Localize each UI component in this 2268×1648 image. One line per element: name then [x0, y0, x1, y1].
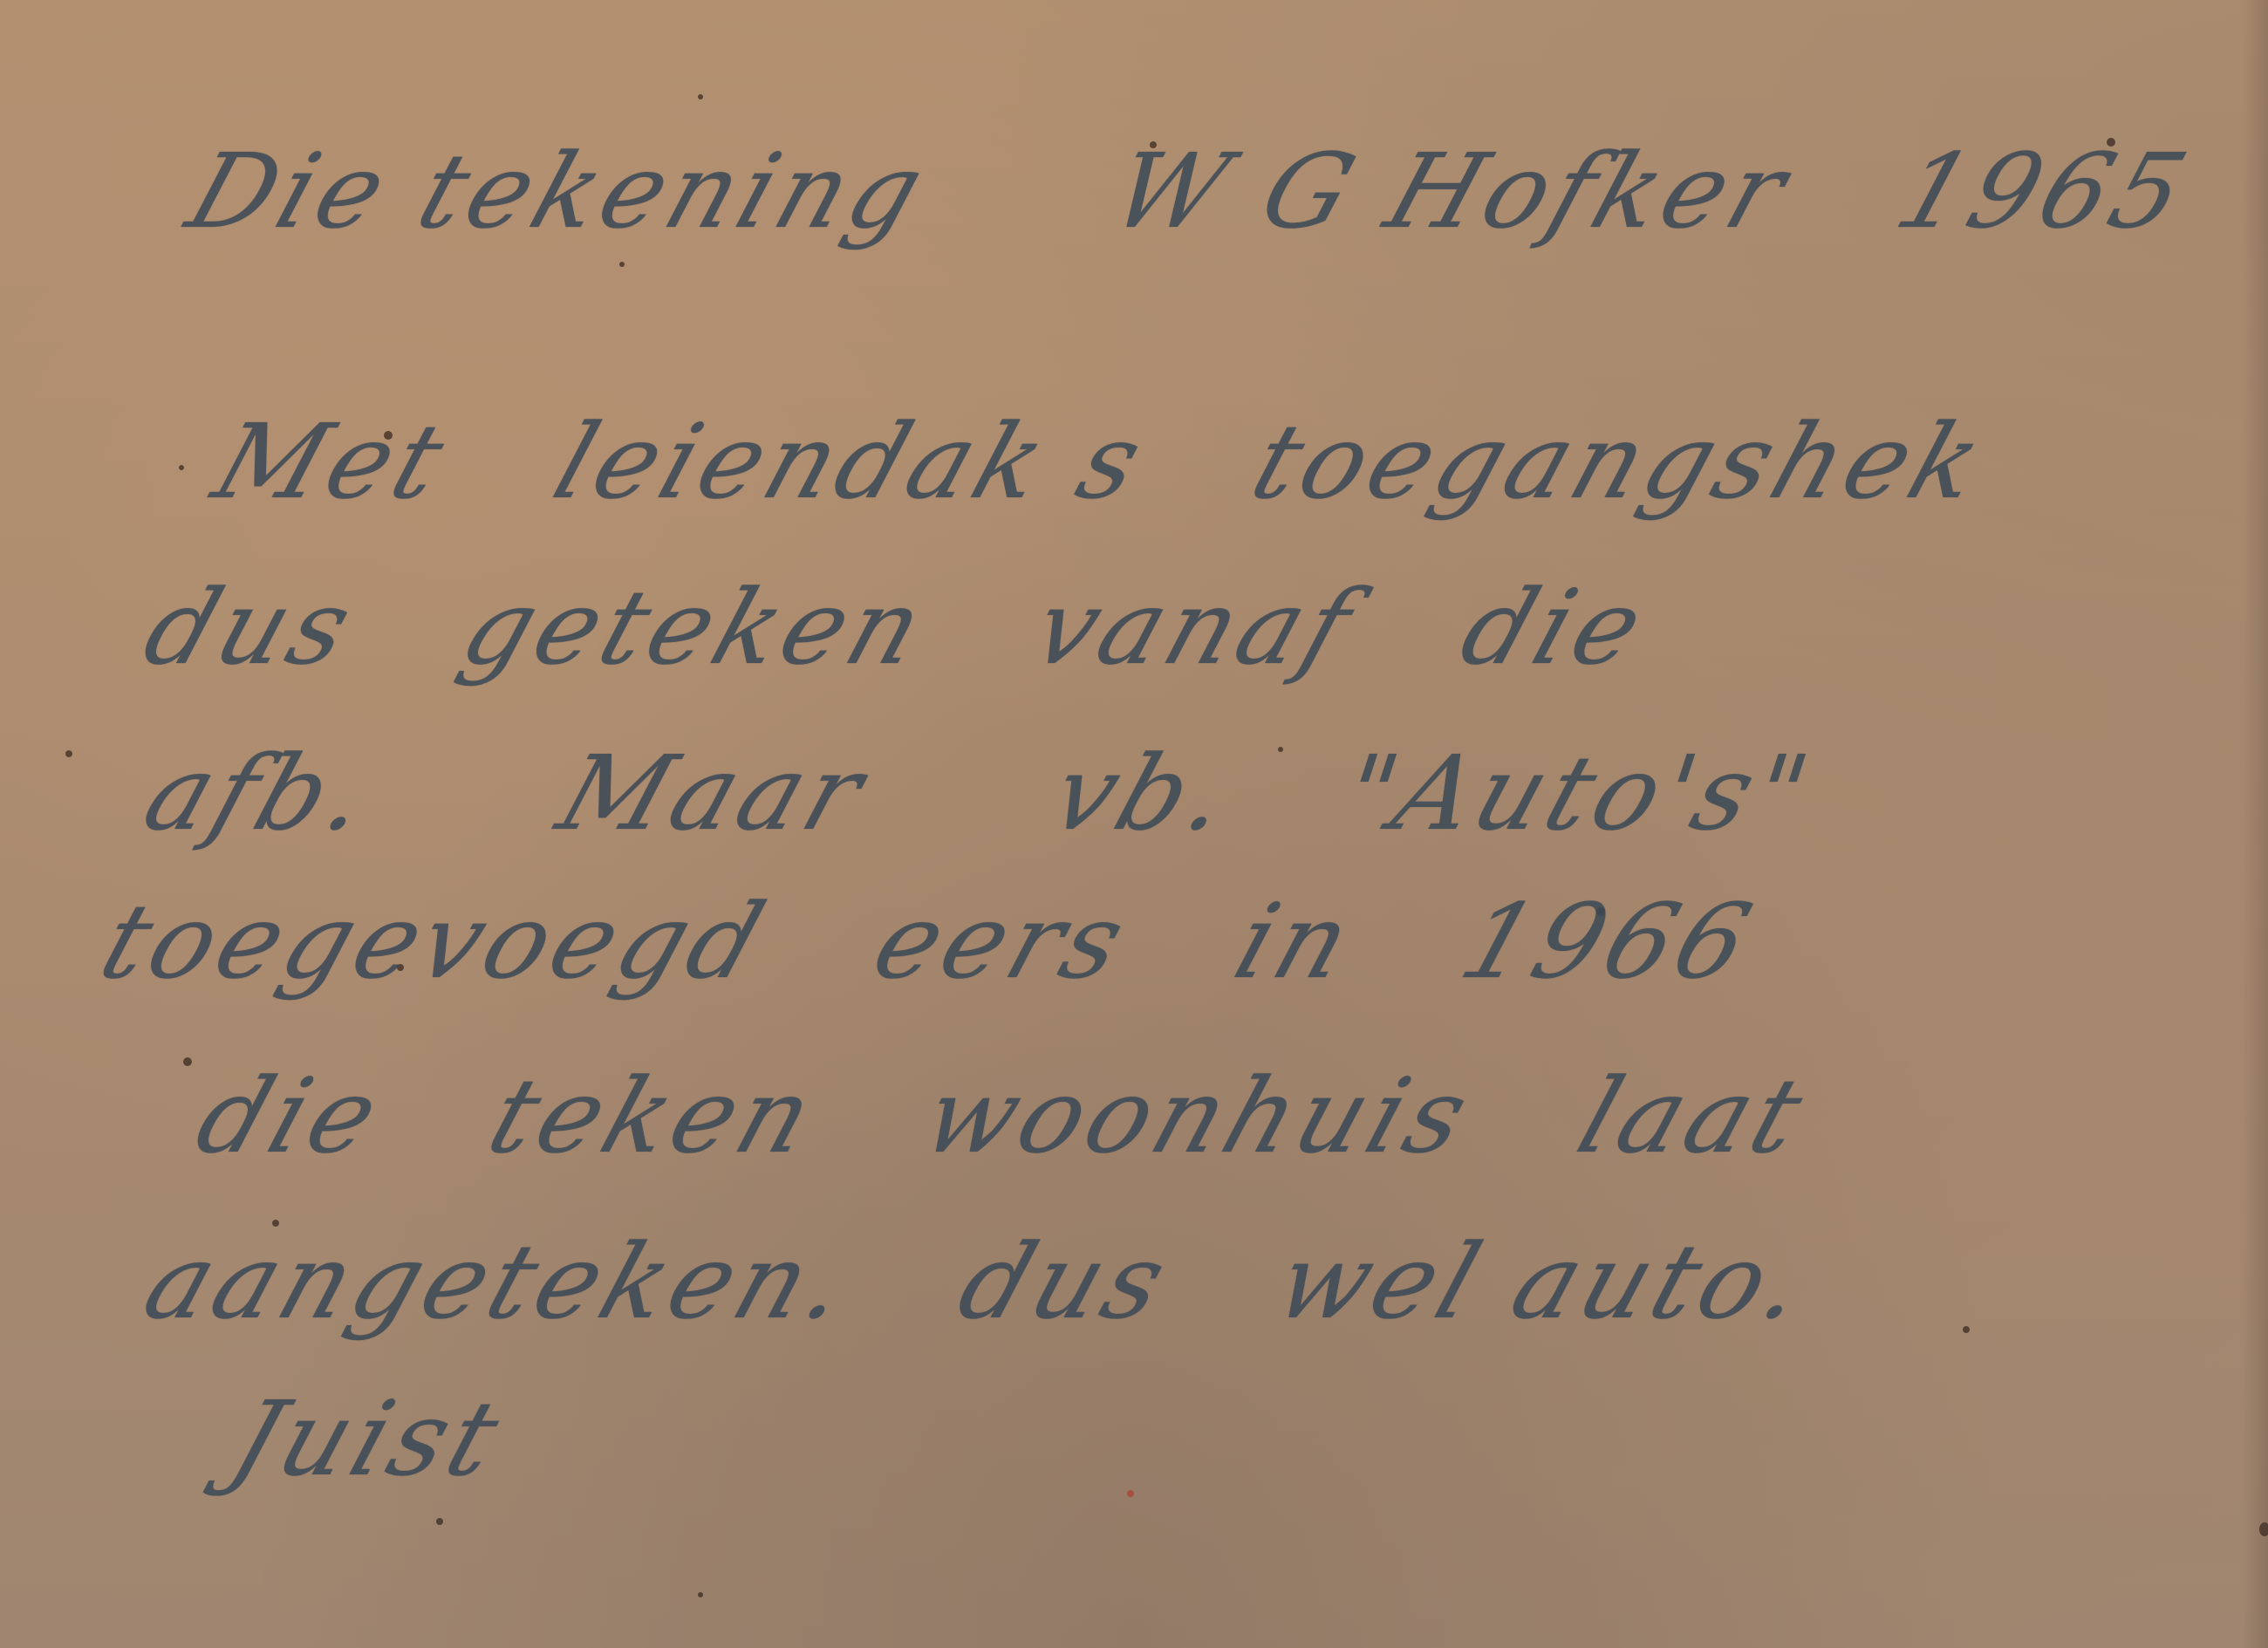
word: wel auto. — [1262, 1221, 1825, 1342]
handwritten-line-1: Die tekening W G Hofker 1965 — [174, 131, 2268, 251]
word: dus — [131, 567, 371, 687]
handwritten-line-2: Met leiendak s toegangshek — [201, 401, 2080, 522]
word: "Auto's" — [1327, 733, 1827, 853]
year: 1966 — [1447, 881, 1769, 1002]
word: vanaf — [1020, 567, 1370, 687]
paper-speck — [698, 94, 703, 99]
word: die — [1448, 567, 1663, 687]
paper-speck — [1127, 1490, 1134, 1497]
handwritten-line-8: Juist — [218, 1378, 597, 1499]
paper-speck — [65, 750, 72, 757]
word: eers — [860, 881, 1144, 1002]
paper-speck — [179, 465, 184, 470]
paper-speck — [619, 262, 625, 267]
paper-edge-shadow — [2242, 0, 2268, 1648]
word: geteken — [448, 567, 943, 687]
word: in — [1221, 881, 1370, 1002]
paper-speck — [698, 1592, 703, 1597]
word: Met — [201, 401, 463, 522]
handwritten-line-3: dus geteken vanaf die — [131, 567, 1741, 687]
word: teken — [475, 1056, 832, 1176]
word: afb. — [131, 733, 389, 853]
paper-speck — [436, 1518, 443, 1525]
handwritten-line-6: die teken woonhuis laat — [183, 1056, 1900, 1176]
word: dus — [946, 1221, 1185, 1342]
word: toegevoegd — [87, 881, 782, 1002]
word: Juist — [218, 1378, 518, 1499]
word: aangeteken. — [131, 1221, 868, 1342]
word: die — [183, 1056, 398, 1176]
word: laat — [1565, 1056, 1822, 1176]
header-label: Die tekening — [174, 131, 942, 251]
handwritten-line-4: afb. Maar vb. "Auto's" — [131, 733, 1906, 853]
word: leiendak s — [541, 401, 1161, 522]
handwritten-line-5: toegevoegd eers in 1966 — [87, 881, 1848, 1002]
word: Maar — [545, 733, 883, 853]
word: toegangshek — [1239, 401, 2001, 522]
word: woonhuis — [910, 1056, 1487, 1176]
paper-speck — [1963, 1326, 1970, 1333]
word: vb. — [1038, 733, 1250, 853]
year: 1965 — [1883, 131, 2205, 251]
paper-speck — [183, 1057, 192, 1066]
paper-sheet: Die tekening W G Hofker 1965 Met leienda… — [0, 0, 2268, 1648]
handwritten-line-7: aangeteken. dus wel auto. — [131, 1221, 1903, 1342]
artist-name: W G Hofker — [1098, 131, 1806, 251]
